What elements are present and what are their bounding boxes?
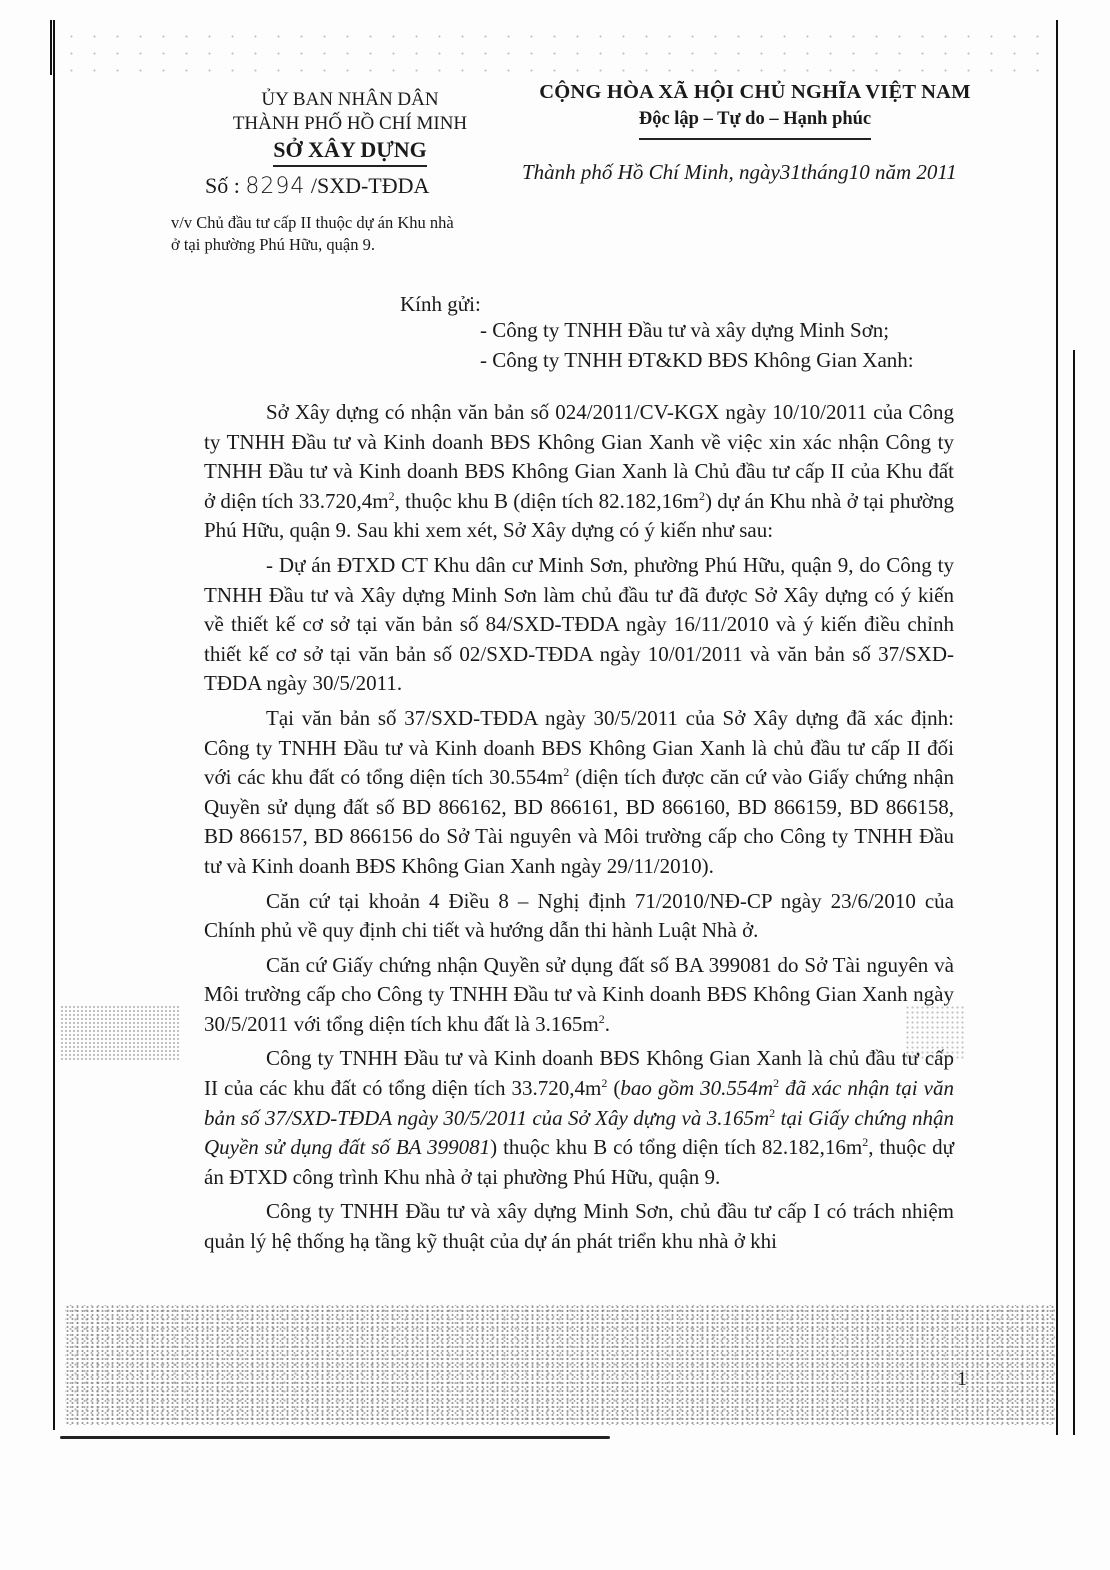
recipients-label: Kính gửi: bbox=[400, 290, 481, 318]
document-date: Thành phố Hồ Chí Minh, ngày31tháng10 năm… bbox=[522, 158, 982, 186]
date-day: 31 bbox=[780, 160, 801, 184]
scan-noise-bottom bbox=[65, 1305, 1055, 1425]
doc-number-handwritten: 8294 bbox=[245, 174, 305, 199]
scan-border-right bbox=[1056, 20, 1058, 1435]
recipients-list: - Công ty TNHH Đầu tư và xây dựng Minh S… bbox=[480, 315, 914, 375]
p6-italic-a: bao gồm 30.554m bbox=[620, 1076, 773, 1100]
document-body: Sở Xây dựng có nhận văn bản số 024/2011/… bbox=[204, 398, 954, 1262]
date-month-label: tháng bbox=[801, 160, 849, 184]
document-subject: v/v Chủ đầu tư cấp II thuộc dự án Khu nh… bbox=[171, 212, 511, 256]
date-year: năm 2011 bbox=[870, 160, 957, 184]
page-number: 1 bbox=[957, 1368, 967, 1391]
authority-line-1: ỦY BAN NHÂN DÂN bbox=[180, 88, 520, 112]
document-number: Số : 8294 /SXD-TĐDA bbox=[205, 172, 429, 201]
p5-text-a: Căn cứ Giấy chứng nhận Quyền sử dụng đất… bbox=[204, 953, 954, 1036]
p6-text-c: ) thuộc khu B có tổng diện tích 82.182,1… bbox=[490, 1135, 862, 1159]
paragraph-6: Công ty TNHH Đầu tư và Kinh doanh BĐS Kh… bbox=[204, 1044, 954, 1192]
scan-border-left bbox=[53, 20, 55, 1430]
country-name: CỘNG HÒA XÃ HỘI CHỦ NGHĨA VIỆT NAM bbox=[525, 78, 985, 106]
paragraph-5: Căn cứ Giấy chứng nhận Quyền sử dụng đất… bbox=[204, 951, 954, 1040]
paragraph-1: Sở Xây dựng có nhận văn bản số 024/2011/… bbox=[204, 398, 954, 546]
recipient-item: - Công ty TNHH Đầu tư và xây dựng Minh S… bbox=[480, 315, 914, 345]
p5-text-b: . bbox=[605, 1012, 610, 1036]
motto: Độc lập – Tự do – Hạnh phúc bbox=[639, 106, 871, 140]
paragraph-4: Căn cứ tại khoản 4 Điều 8 – Nghị định 71… bbox=[204, 887, 954, 946]
paragraph-7: Công ty TNHH Đầu tư và xây dựng Minh Sơn… bbox=[204, 1197, 954, 1256]
recipient-item: - Công ty TNHH ĐT&KD BĐS Không Gian Xanh… bbox=[480, 345, 914, 375]
scanned-document-page: ỦY BAN NHÂN DÂN THÀNH PHỐ HỒ CHÍ MINH SỞ… bbox=[0, 0, 1110, 1570]
p1-text-b: , thuộc khu B (diện tích 82.182,16m bbox=[395, 489, 699, 513]
authority-department: SỞ XÂY DỰNG bbox=[273, 136, 427, 167]
scan-border-bottom bbox=[60, 1436, 610, 1439]
paragraph-2: - Dự án ĐTXD CT Khu dân cư Minh Sơn, phư… bbox=[204, 551, 954, 699]
subject-line-2: ở tại phường Phú Hữu, quận 9. bbox=[171, 234, 511, 256]
doc-number-suffix: /SXD-TĐDA bbox=[305, 173, 429, 198]
scan-noise-top bbox=[60, 28, 1050, 83]
doc-number-prefix: Số : bbox=[205, 173, 245, 198]
scan-border-left-outer bbox=[50, 20, 52, 75]
issuing-authority: ỦY BAN NHÂN DÂN THÀNH PHỐ HỒ CHÍ MINH SỞ… bbox=[180, 88, 520, 167]
date-prefix: Thành phố Hồ Chí Minh, ngày bbox=[522, 160, 780, 184]
subject-line-1: v/v Chủ đầu tư cấp II thuộc dự án Khu nh… bbox=[171, 212, 511, 234]
national-motto: CỘNG HÒA XÃ HỘI CHỦ NGHĨA VIỆT NAM Độc l… bbox=[525, 78, 985, 140]
date-month: 10 bbox=[849, 160, 870, 184]
scan-border-right-outer bbox=[1073, 350, 1075, 1435]
p6-text-b: ( bbox=[607, 1076, 620, 1100]
paragraph-3: Tại văn bản số 37/SXD-TĐDA ngày 30/5/201… bbox=[204, 704, 954, 882]
scan-noise-left bbox=[60, 1005, 180, 1060]
authority-line-2: THÀNH PHỐ HỒ CHÍ MINH bbox=[180, 112, 520, 136]
